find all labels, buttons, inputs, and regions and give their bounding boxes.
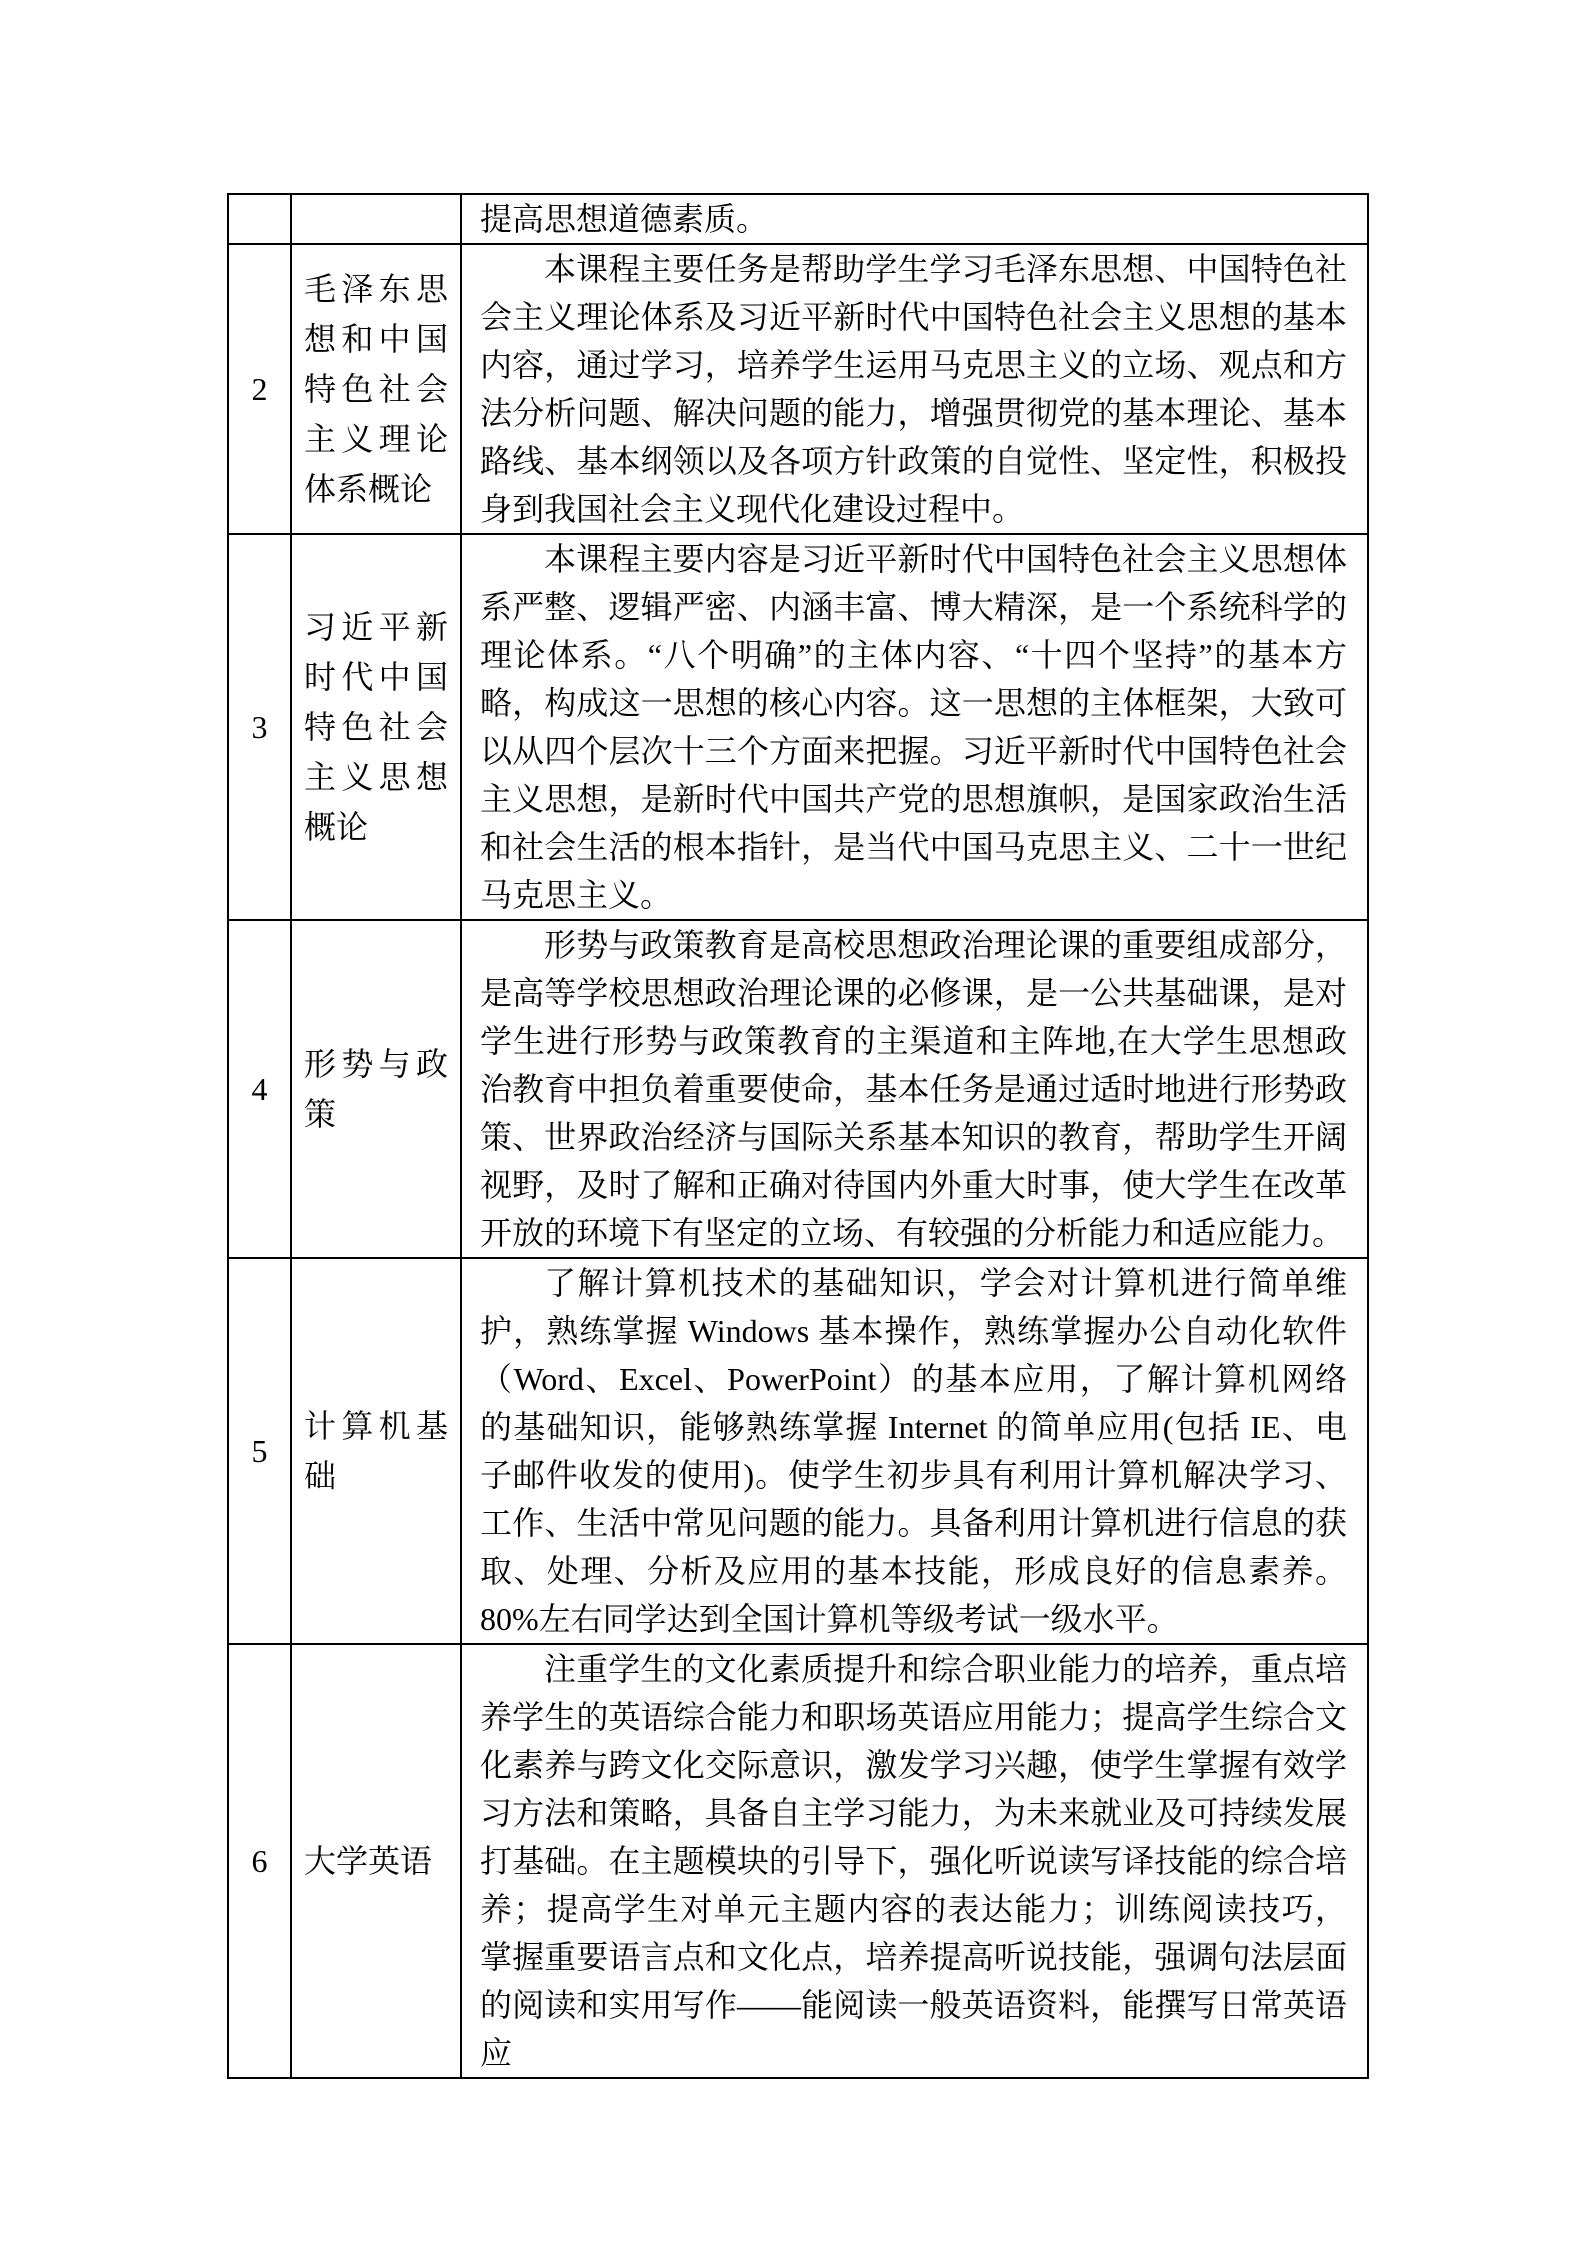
course-name-cell (291, 194, 461, 244)
table-row: 提高思想道德素质。 (228, 194, 1368, 244)
course-name-cell: 形势与政策 (291, 920, 461, 1258)
course-description-cell: 形势与政策教育是高校思想政治理论课的重要组成部分，是高等学校思想政治理论课的必修… (461, 920, 1368, 1258)
course-description-cell: 注重学生的文化素质提升和综合职业能力的培养，重点培养学生的英语综合能力和职场英语… (461, 1644, 1368, 2078)
course-name-cell: 毛泽东思想和中国特色社会主义理论体系概论 (291, 244, 461, 534)
course-description-cell: 本课程主要内容是习近平新时代中国特色社会主义思想体系严整、逻辑严密、内涵丰富、博… (461, 534, 1368, 920)
course-name-cell: 习近平新时代中国特色社会主义思想概论 (291, 534, 461, 920)
course-number-cell (228, 194, 291, 244)
course-number-cell: 3 (228, 534, 291, 920)
course-number-cell: 6 (228, 1644, 291, 2078)
course-name-cell: 大学英语 (291, 1644, 461, 2078)
course-description-table: 提高思想道德素质。 2 毛泽东思想和中国特色社会主义理论体系概论 本课程主要任务… (227, 193, 1369, 2079)
table-row: 3 习近平新时代中国特色社会主义思想概论 本课程主要内容是习近平新时代中国特色社… (228, 534, 1368, 920)
table-row: 5 计算机基础 了解计算机技术的基础知识，学会对计算机进行简单维护，熟练掌握 W… (228, 1258, 1368, 1644)
course-description-cell: 本课程主要任务是帮助学生学习毛泽东思想、中国特色社会主义理论体系及习近平新时代中… (461, 244, 1368, 534)
course-description-cell: 提高思想道德素质。 (461, 194, 1368, 244)
course-number-cell: 4 (228, 920, 291, 1258)
course-name-cell: 计算机基础 (291, 1258, 461, 1644)
table-row: 6 大学英语 注重学生的文化素质提升和综合职业能力的培养，重点培养学生的英语综合… (228, 1644, 1368, 2078)
course-description-cell: 了解计算机技术的基础知识，学会对计算机进行简单维护，熟练掌握 Windows 基… (461, 1258, 1368, 1644)
table-row: 4 形势与政策 形势与政策教育是高校思想政治理论课的重要组成部分，是高等学校思想… (228, 920, 1368, 1258)
course-number-cell: 2 (228, 244, 291, 534)
document-page: 提高思想道德素质。 2 毛泽东思想和中国特色社会主义理论体系概论 本课程主要任务… (0, 0, 1587, 2245)
course-number-cell: 5 (228, 1258, 291, 1644)
table-row: 2 毛泽东思想和中国特色社会主义理论体系概论 本课程主要任务是帮助学生学习毛泽东… (228, 244, 1368, 534)
